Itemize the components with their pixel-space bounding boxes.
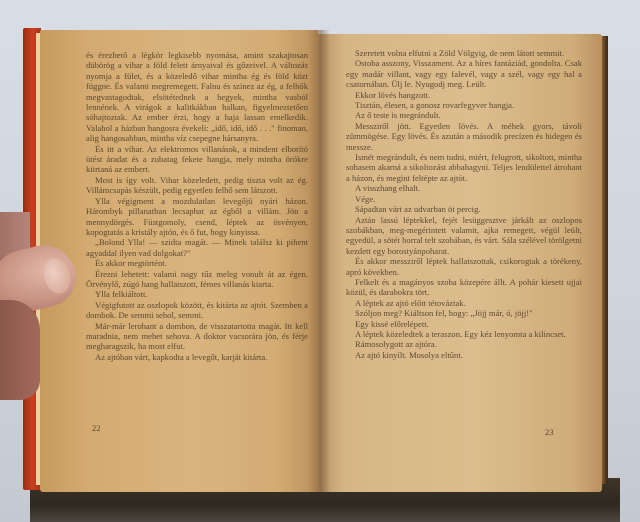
paragraph: Sápadtan várt az udvarban öt percig.: [346, 204, 582, 214]
paragraph: Messziről jött. Egyetlen lövés. A méhek …: [346, 121, 582, 152]
paragraph: Az ajtó kinyílt. Mosolya eltűnt.: [346, 350, 582, 360]
paragraph: Ylla felkiáltott.: [86, 289, 308, 299]
paragraph: Végigfutott az oszlopok között, és kitár…: [86, 300, 308, 321]
paragraph: Ekkor lövés hangzott.: [346, 90, 582, 100]
paragraph: Érezni lehetett: valami nagy tűz meleg v…: [86, 269, 308, 290]
paragraph: Tisztán, élesen, a gonosz rovarfegyver h…: [346, 100, 582, 110]
paragraph: Most is így volt. Vihar közeledett, pedi…: [86, 175, 308, 196]
paragraph: Az ő teste is megrándult.: [346, 110, 582, 120]
right-page: Szeretett volna elfutni a Zöld Völgyig, …: [318, 34, 602, 492]
paragraph: Az ajtóban várt, kapkodta a levegőt, kar…: [86, 352, 308, 362]
wrist: [0, 300, 40, 400]
left-page: és érezhető a légkör legkisebb nyomása, …: [40, 30, 318, 492]
paragraph: Ostoba asszony, Visszament. Az a híres f…: [346, 58, 582, 89]
paragraph: Szóljon meg? Kiáltson fel, hogy: „Jöjj m…: [346, 308, 582, 318]
paragraph: Egy kissé előrelépett.: [346, 319, 582, 329]
paragraph: Felkelt és a magányos szoba közepére áll…: [346, 277, 582, 298]
paragraph: „Bolond Ylla! — szidta magát. — Minek ta…: [86, 237, 308, 258]
paragraph: A léptek közeledtek a teraszon. Egy kéz …: [346, 329, 582, 339]
paragraph: A léptek az ajtó előtt tétováztak.: [346, 298, 582, 308]
right-page-text: Szeretett volna elfutni a Zöld Völgyig, …: [346, 48, 582, 360]
paragraph: És itt a vihar. Az elektromos villanások…: [86, 144, 308, 175]
paragraph: Szeretett volna elfutni a Zöld Völgyig, …: [346, 48, 582, 58]
paragraph: Vége.: [346, 194, 582, 204]
paragraph: És akkor messziről léptek hallatszottak,…: [346, 256, 582, 277]
paragraph: Ylla végigment a mozdulatlan levegőjű ny…: [86, 196, 308, 238]
paragraph: Aztán lassú léptekkel, fejét lesüggesztv…: [346, 215, 582, 257]
left-page-text: és érezhető a légkör legkisebb nyomása, …: [86, 50, 308, 362]
page-number-right: 23: [545, 427, 554, 437]
paragraph: A visszhang elhalt.: [346, 183, 582, 193]
paragraph: És akkor megtörtént.: [86, 258, 308, 268]
paragraph: Ismét megrándult, és nem tudni, miért, f…: [346, 152, 582, 183]
paragraph: és érezhető a légkör legkisebb nyomása, …: [86, 50, 308, 144]
paragraph: Már-már lerohant a dombon, de visszatart…: [86, 321, 308, 352]
paragraph: Rámosolygott az ajtóra.: [346, 339, 582, 349]
page-number-left: 22: [92, 423, 101, 433]
